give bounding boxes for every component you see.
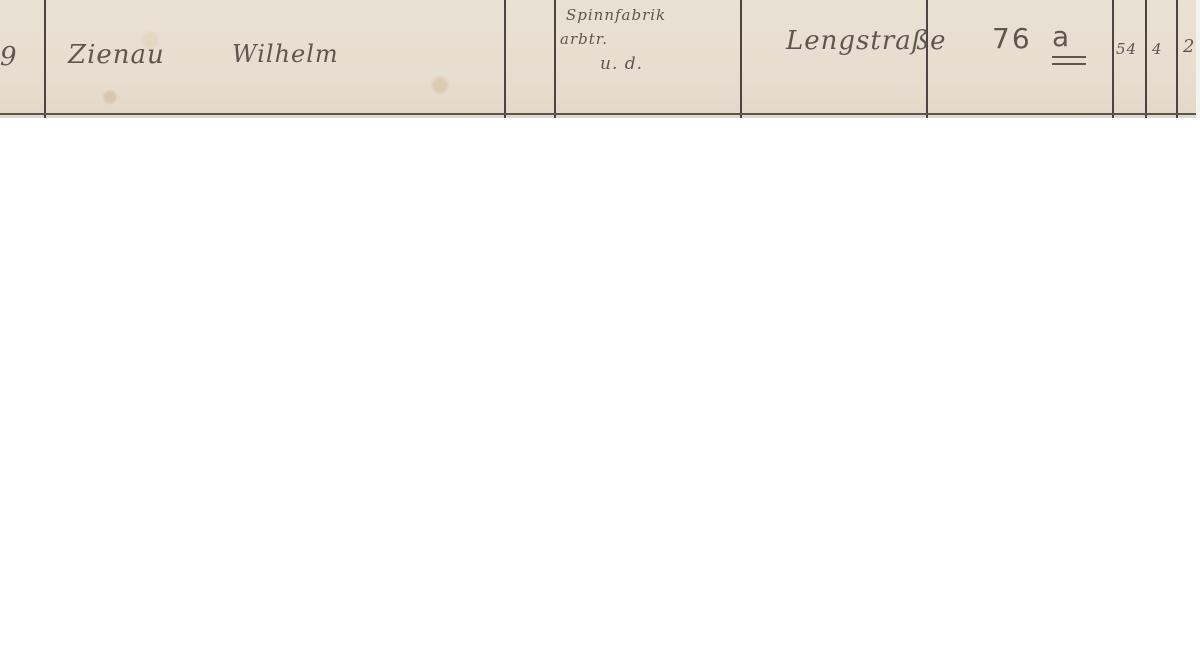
house-number: 76 [992,22,1032,55]
column-b-value: 4 [1152,40,1163,58]
first-name: Wilhelm [232,40,339,68]
column-divider [44,0,46,118]
column-divider [504,0,506,118]
column-divider [554,0,556,118]
surname: Zienau [68,40,165,70]
street-name: Lengstraße [786,26,947,56]
column-c-value: 2 [1183,36,1195,57]
suffix-double-underline [1052,56,1086,65]
house-number-suffix: a [1052,20,1070,53]
scanned-ledger-strip: 9 Zienau Wilhelm Spinnfabrik arbtr. u. d… [0,0,1196,118]
row-bottom-rule [0,113,1196,115]
column-a-value: 54 [1116,40,1137,58]
column-divider [1176,0,1178,118]
occupation-line-2: arbtr. [560,30,608,48]
row-number: 9 [0,42,18,72]
column-divider [1145,0,1147,118]
column-divider [740,0,742,118]
occupation-line-3: u. d. [600,54,643,74]
column-divider [1112,0,1114,118]
column-divider [926,0,928,118]
occupation-line-1: Spinnfabrik [566,6,666,24]
scan-edge [1196,0,1200,118]
